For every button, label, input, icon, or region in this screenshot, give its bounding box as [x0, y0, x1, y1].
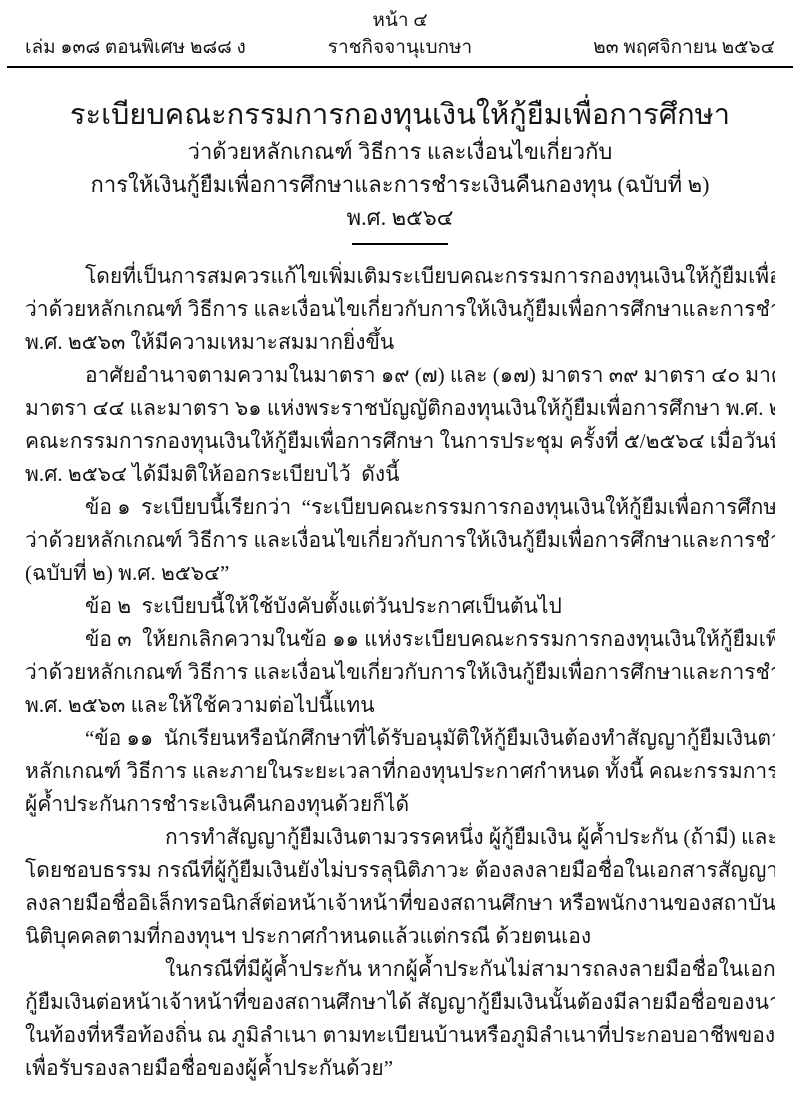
- text-line: พ.ศ. ๒๕๖๔ ได้มีมติให้ออกระเบียบไว้ ดังนี…: [25, 458, 775, 491]
- gazette-page: หน้า ๔ เล่ม ๑๓๘ ตอนพิเศษ ๒๘๘ ง ราชกิจจาน…: [0, 0, 800, 1107]
- gazette-name: ราชกิจจานุเบกษา: [275, 35, 525, 61]
- page-header: หน้า ๔ เล่ม ๑๓๘ ตอนพิเศษ ๒๘๘ ง ราชกิจจาน…: [0, 0, 800, 68]
- text-line: คณะกรรมการกองทุนเงินให้กู้ยืมเพื่อการศึก…: [25, 425, 775, 458]
- text-line: อาศัยอำนาจตามความในมาตรา ๑๙ (๗) และ (๑๗)…: [25, 359, 775, 392]
- text-line: มาตรา ๔๔ และมาตรา ๖๑ แห่งพระราชบัญญัติกอ…: [25, 392, 775, 425]
- text-line: ผู้ค้ำประกันการชำระเงินคืนกองทุนด้วยก็ได…: [25, 788, 775, 821]
- text-line: ข้อ ๓ ให้ยกเลิกความในข้อ ๑๑ แห่งระเบียบค…: [25, 623, 775, 656]
- title-line-4: พ.ศ. ๒๕๖๔: [0, 201, 800, 234]
- title-line-1: ระเบียบคณะกรรมการกองทุนเงินให้กู้ยืมเพื่…: [0, 95, 800, 135]
- text-line: กู้ยืมเงินต่อหน้าเจ้าหน้าที่ของสถานศึกษา…: [25, 986, 775, 1019]
- text-line: ว่าด้วยหลักเกณฑ์ วิธีการ และเงื่อนไขเกี่…: [25, 656, 775, 689]
- paragraph-6-clause-11: “ข้อ ๑๑ นักเรียนหรือนักศึกษาที่ได้รับอนุ…: [25, 722, 775, 821]
- text-line: “ข้อ ๑๑ นักเรียนหรือนักศึกษาที่ได้รับอนุ…: [25, 722, 775, 755]
- text-line: พ.ศ. ๒๕๖๓ ให้มีความเหมาะสมมากยิ่งขึ้น: [25, 326, 775, 359]
- header-row: เล่ม ๑๓๘ ตอนพิเศษ ๒๘๘ ง ราชกิจจานุเบกษา …: [0, 35, 800, 61]
- text-line: ว่าด้วยหลักเกณฑ์ วิธีการ และเงื่อนไขเกี่…: [25, 524, 775, 557]
- paragraph-8: ในกรณีที่มีผู้ค้ำประกัน หากผู้ค้ำประกันไ…: [25, 953, 775, 1085]
- text-line: (ฉบับที่ ๒) พ.ศ. ๒๕๖๔”: [25, 557, 775, 590]
- text-line: โดยชอบธรรม กรณีที่ผู้กู้ยืมเงินยังไม่บรร…: [25, 854, 775, 887]
- paragraph-3-clause-1: ข้อ ๑ ระเบียบนี้เรียกว่า “ระเบียบคณะกรรม…: [25, 491, 775, 590]
- paragraph-2: อาศัยอำนาจตามความในมาตรา ๑๙ (๗) และ (๑๗)…: [25, 359, 775, 491]
- text-line: ข้อ ๒ ระเบียบนี้ให้ใช้บังคับตั้งแต่วันปร…: [25, 590, 775, 623]
- header-rule: [7, 66, 793, 68]
- paragraph-7: การทำสัญญากู้ยืมเงินตามวรรคหนึ่ง ผู้กู้ย…: [25, 821, 775, 953]
- page-number-label: หน้า ๔: [0, 8, 800, 34]
- title-line-2: ว่าด้วยหลักเกณฑ์ วิธีการ และเงื่อนไขเกี่…: [0, 135, 800, 168]
- paragraph-5-clause-3: ข้อ ๓ ให้ยกเลิกความในข้อ ๑๑ แห่งระเบียบค…: [25, 623, 775, 722]
- paragraph-4-clause-2: ข้อ ๒ ระเบียบนี้ให้ใช้บังคับตั้งแต่วันปร…: [25, 590, 775, 623]
- text-line: ว่าด้วยหลักเกณฑ์ วิธีการ และเงื่อนไขเกี่…: [25, 293, 775, 326]
- text-line: การทำสัญญากู้ยืมเงินตามวรรคหนึ่ง ผู้กู้ย…: [25, 821, 775, 854]
- issue-date: ๒๓ พฤศจิกายน ๒๕๖๔: [525, 35, 775, 61]
- text-line: เพื่อรับรองลายมือชื่อของผู้ค้ำประกันด้วย…: [25, 1052, 775, 1085]
- paragraph-1: โดยที่เป็นการสมควรแก้ไขเพิ่มเติมระเบียบค…: [25, 260, 775, 359]
- volume-info: เล่ม ๑๓๘ ตอนพิเศษ ๒๘๘ ง: [25, 35, 275, 61]
- title-line-3: การให้เงินกู้ยืมเพื่อการศึกษาและการชำระเ…: [0, 168, 800, 201]
- text-line: พ.ศ. ๒๕๖๓ และให้ใช้ความต่อไปนี้แทน: [25, 689, 775, 722]
- text-line: โดยที่เป็นการสมควรแก้ไขเพิ่มเติมระเบียบค…: [25, 260, 775, 293]
- text-line: นิติบุคคลตามที่กองทุนฯ ประกาศกำหนดแล้วแต…: [25, 920, 775, 953]
- document-title: ระเบียบคณะกรรมการกองทุนเงินให้กู้ยืมเพื่…: [0, 95, 800, 245]
- title-divider: [352, 243, 448, 245]
- text-line: ลงลายมือชื่ออิเล็กทรอนิกส์ต่อหน้าเจ้าหน้…: [25, 887, 775, 920]
- text-line: หลักเกณฑ์ วิธีการ และภายในระยะเวลาที่กอง…: [25, 755, 775, 788]
- document-body: โดยที่เป็นการสมควรแก้ไขเพิ่มเติมระเบียบค…: [0, 260, 800, 1085]
- text-line: ข้อ ๑ ระเบียบนี้เรียกว่า “ระเบียบคณะกรรม…: [25, 491, 775, 524]
- text-line: ในท้องที่หรือท้องถิ่น ณ ภูมิลำเนา ตามทะเ…: [25, 1019, 775, 1052]
- text-line: ในกรณีที่มีผู้ค้ำประกัน หากผู้ค้ำประกันไ…: [25, 953, 775, 986]
